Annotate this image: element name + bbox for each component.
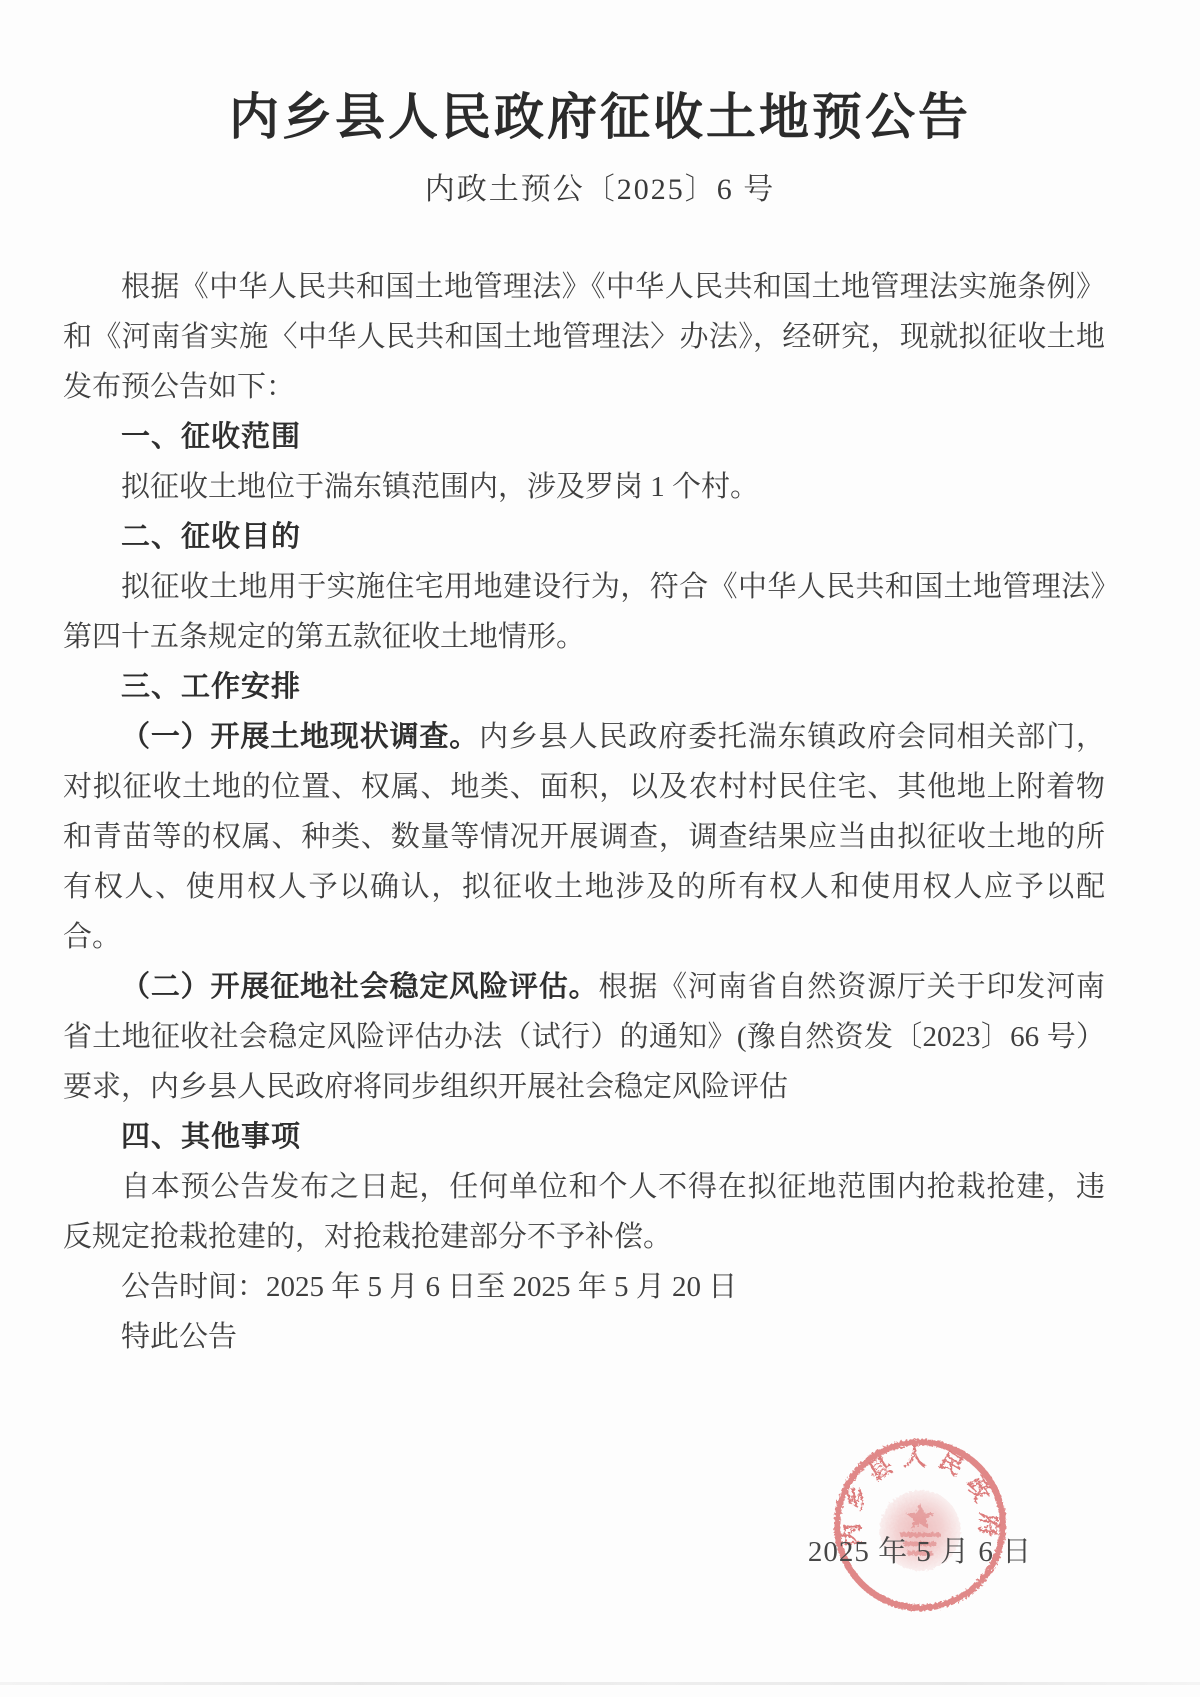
official-seal: 内乡县人民政府: [828, 1433, 1012, 1617]
paragraph-text-survey: 内乡县人民政府委托湍东镇政府会同相关部门，对拟征收土地的位置、权属、地类、面积，…: [63, 721, 1105, 953]
issue-date: 2025 年 5 月 6 日: [808, 1532, 1032, 1572]
section-heading-purpose: 二、征收目的: [63, 512, 1105, 562]
paragraph-intro: 根据《中华人民共和国土地管理法》《中华人民共和国土地管理法实施条例》和《河南省实…: [63, 262, 1105, 412]
paragraph-lead-risk-assessment: （二）开展征地社会稳定风险评估。: [121, 971, 599, 1003]
scan-edge-shadow: [0, 1682, 1200, 1685]
paragraph-work-survey: （一）开展土地现状调查。内乡县人民政府委托湍东镇政府会同相关部门，对拟征收土地的…: [63, 712, 1105, 962]
paragraph-purpose: 拟征收土地用于实施住宅用地建设行为，符合《中华人民共和国土地管理法》第四十五条规…: [63, 562, 1105, 662]
paragraph-closing: 特此公告: [63, 1312, 1105, 1362]
section-heading-work-plan: 三、工作安排: [63, 662, 1105, 712]
section-heading-scope: 一、征收范围: [63, 412, 1105, 462]
page-title: 内乡县人民政府征收土地预公告: [0, 0, 1200, 148]
paragraph-notice-period: 公告时间：2025 年 5 月 6 日至 2025 年 5 月 20 日: [63, 1262, 1105, 1312]
paragraph-other: 自本预公告发布之日起，任何单位和个人不得在拟征地范围内抢栽抢建，违反规定抢栽抢建…: [63, 1162, 1105, 1262]
document-number: 内政土预公〔2025〕6 号: [0, 170, 1200, 210]
document-body: 根据《中华人民共和国土地管理法》《中华人民共和国土地管理法实施条例》和《河南省实…: [63, 262, 1105, 1362]
paragraph-scope: 拟征收土地位于湍东镇范围内，涉及罗岗 1 个村。: [63, 462, 1105, 512]
section-heading-other: 四、其他事项: [63, 1112, 1105, 1162]
paragraph-work-risk-assessment: （二）开展征地社会稳定风险评估。根据《河南省自然资源厅关于印发河南省土地征收社会…: [63, 962, 1105, 1112]
paragraph-lead-survey: （一）开展土地现状调查。: [121, 721, 479, 753]
announcement-page: 内乡县人民政府征收土地预公告 内政土预公〔2025〕6 号 根据《中华人民共和国…: [0, 0, 1200, 1697]
